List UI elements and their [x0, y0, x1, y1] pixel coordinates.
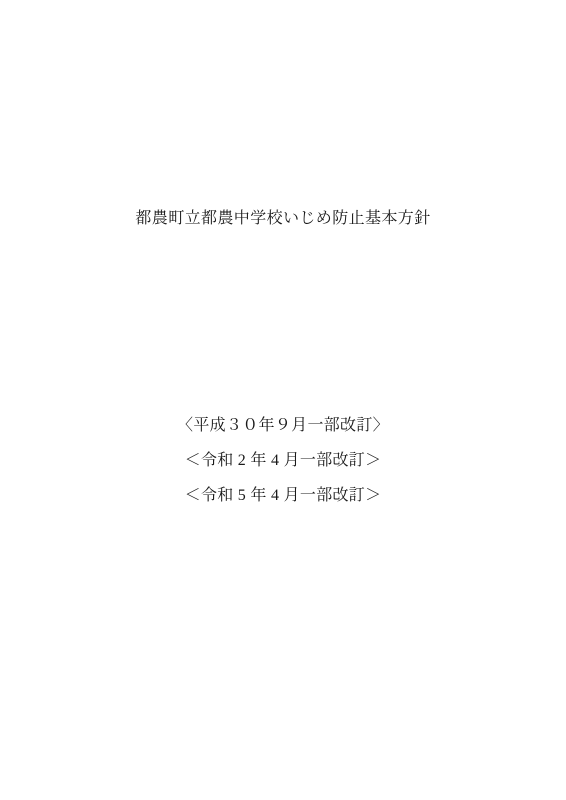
- revision-note-reiwa5: ＜令和 5 年 4 月一部改訂＞: [0, 478, 566, 513]
- document-page: 都農町立都農中学校いじめ防止基本方針 〈平成３０年９月一部改訂〉 ＜令和 2 年…: [0, 0, 566, 800]
- revision-note-heisei30: 〈平成３０年９月一部改訂〉: [0, 408, 566, 443]
- revision-notes: 〈平成３０年９月一部改訂〉 ＜令和 2 年 4 月一部改訂＞ ＜令和 5 年 4…: [0, 408, 566, 513]
- document-title: 都農町立都農中学校いじめ防止基本方針: [0, 209, 566, 229]
- revision-note-reiwa2: ＜令和 2 年 4 月一部改訂＞: [0, 443, 566, 478]
